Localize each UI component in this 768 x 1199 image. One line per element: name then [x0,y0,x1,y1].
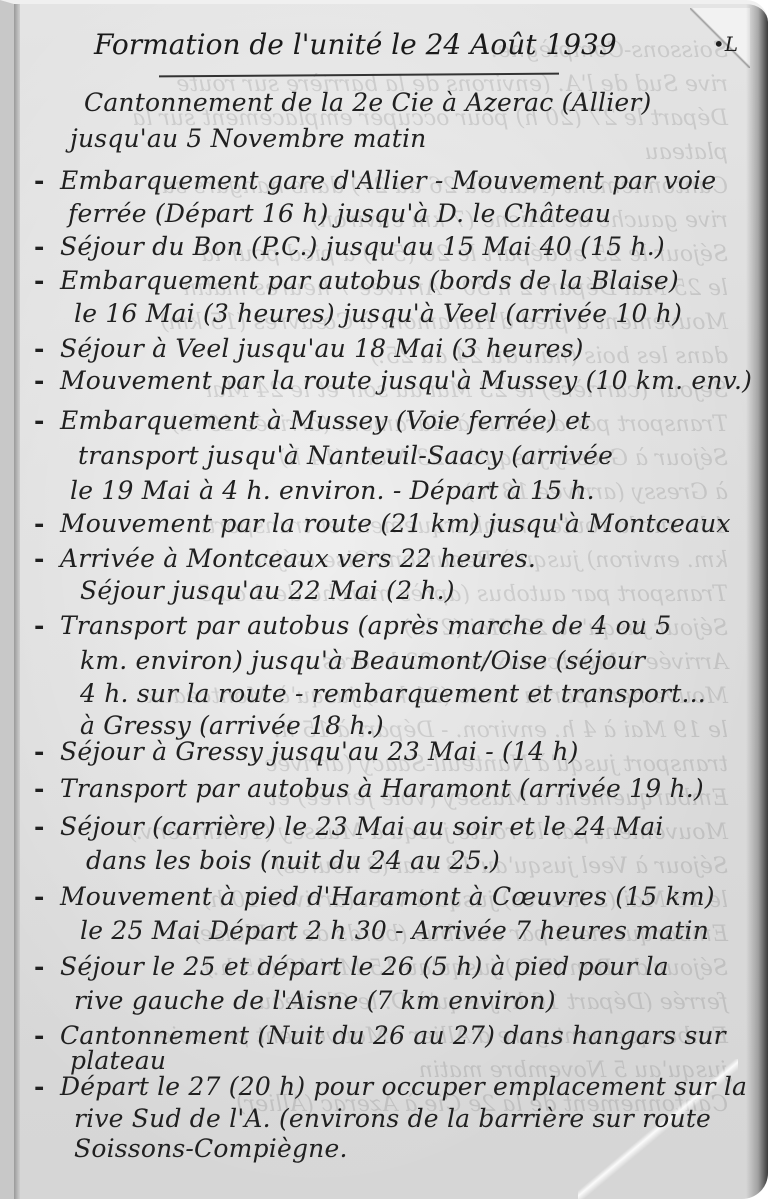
line-text: Séjour du Bon (P.C.) jusqu'au 15 Mai 40 … [60,232,665,261]
journal-line: -Embarquement par autobus (bords de la B… [34,266,679,295]
journal-line: -Transport par autobus (après marche de … [34,611,671,640]
journal-line: 4 h. sur la route - rembarquement et tra… [54,679,706,708]
journal-line: -Arrivée à Montceaux vers 22 heures. [34,544,536,573]
line-bullet: - [34,1072,60,1101]
journal-line: le 19 Mai à 4 h. environ. - Départ à 15 … [44,476,595,505]
journal-line: Soissons-Compiègne. [48,1134,348,1163]
line-text: dans les bois (nuit du 24 au 25.) [86,846,500,875]
line-text: Arrivée à Montceaux vers 22 heures. [60,544,536,573]
journal-line: dans les bois (nuit du 24 au 25.) [60,846,500,875]
notebook-page: Soissons-Compiègne. rive Sud de l'A. (en… [0,0,768,1199]
line-bullet: - [34,334,60,363]
line-text: Mouvement à pied d'Haramont à Cœuvres (1… [60,882,715,911]
line-bullet: - [34,952,60,981]
line-bullet: - [34,544,60,573]
journal-line: -Transport par autobus à Haramont (arriv… [34,774,704,803]
line-text: Mouvement par la route (21 km) jusqu'à M… [60,509,731,538]
line-text: le 16 Mai (3 heures) jusqu'à Veel (arriv… [74,299,682,328]
line-text: Embarquement par autobus (bords de la Bl… [60,266,679,295]
journal-line: -Mouvement par la route (21 km) jusqu'à … [34,509,731,538]
line-text: Transport par autobus (après marche de 4… [60,611,671,640]
line-text: Séjour jusqu'au 22 Mai (2 h.) [80,576,455,605]
line-text: Séjour à Veel jusqu'au 18 Mai (3 heures) [60,334,584,363]
line-text: le 19 Mai à 4 h. environ. - Départ à 15 … [70,476,595,505]
journal-line: rive gauche de l'Aisne (7 km environ) [48,986,556,1015]
line-text: Embarquement à Mussey (Voie ferrée) et [60,406,590,435]
journal-line: jusqu'au 5 Novembre matin [44,124,426,153]
journal-line: ferrée (Départ 16 h) jusqu'à D. le Châte… [42,199,611,228]
line-text: Séjour le 25 et départ le 26 (5 h) à pie… [60,952,669,981]
journal-line: km. environ) jusqu'à Beaumont/Oise (séjo… [54,646,645,675]
journal-line: le 25 Mai Départ 2 h 30 - Arrivée 7 heur… [54,916,709,945]
line-text: plateau [70,1046,166,1075]
line-text: Mouvement par la route jusqu'à Mussey (1… [60,366,752,395]
line-text: Embarquement gare d'Allier - Mouvement p… [60,166,716,195]
journal-line: -Séjour à Veel jusqu'au 18 Mai (3 heures… [34,334,584,363]
line-text: jusqu'au 5 Novembre matin [70,124,426,153]
journal-line: Séjour jusqu'au 22 Mai (2 h.) [54,576,455,605]
line-text: Transport par autobus à Haramont (arrivé… [60,774,704,803]
line-bullet: - [34,366,60,395]
line-bullet: - [34,266,60,295]
journal-line: -Séjour le 25 et départ le 26 (5 h) à pi… [34,952,669,981]
line-text: Séjour (carrière) le 23 Mai au soir et l… [60,812,664,841]
journal-line: plateau [44,1046,166,1075]
corner-mark: •L [713,32,738,56]
line-text: le 25 Mai Départ 2 h 30 - Arrivée 7 heur… [80,916,709,945]
line-bullet: - [34,737,60,766]
journal-line: transport jusqu'à Nanteuil-Saacy (arrivé… [52,441,613,470]
line-text: 4 h. sur la route - rembarquement et tra… [80,679,706,708]
journal-line: -Mouvement à pied d'Haramont à Cœuvres (… [34,882,715,911]
journal-line: -Embarquement à Mussey (Voie ferrée) et [34,406,590,435]
journal-line: -Séjour à Gressy jusqu'au 23 Mai - (14 h… [34,737,579,766]
line-bullet: - [34,812,60,841]
journal-line: -Embarquement gare d'Allier - Mouvement … [34,166,716,195]
journal-line: rive Sud de l'A. (environs de la barrièr… [48,1104,711,1133]
line-text: Séjour à Gressy jusqu'au 23 Mai - (14 h) [60,737,579,766]
line-bullet: - [34,509,60,538]
line-bullet: - [34,232,60,261]
line-text: ferrée (Départ 16 h) jusqu'à D. le Châte… [68,199,611,228]
line-bullet: - [34,882,60,911]
journal-line: -Mouvement par la route jusqu'à Mussey (… [34,366,752,395]
journal-line: -Départ le 27 (20 h) pour occuper emplac… [34,1072,747,1101]
line-text: transport jusqu'à Nanteuil-Saacy (arrivé… [78,441,613,470]
journal-line: le 16 Mai (3 heures) jusqu'à Veel (arriv… [48,299,682,328]
line-text: Cantonnement de la 2e Cie à Azerac (Alli… [84,88,652,117]
line-text: rive Sud de l'A. (environs de la barrièr… [74,1104,711,1133]
journal-line: Cantonnement de la 2e Cie à Azerac (Alli… [58,88,652,117]
line-bullet: - [34,774,60,803]
line-bullet: - [34,611,60,640]
journal-line: à Gressy (arrivée 18 h.) [54,711,384,740]
line-text: Départ le 27 (20 h) pour occuper emplace… [60,1072,747,1101]
line-bullet: - [34,406,60,435]
page-title: Formation de l'unité le 24 Août 1939 [94,28,617,61]
journal-line: -Séjour (carrière) le 23 Mai au soir et … [34,812,664,841]
line-text: à Gressy (arrivée 18 h.) [80,711,384,740]
journal-line: -Séjour du Bon (P.C.) jusqu'au 15 Mai 40… [34,232,665,261]
line-text: rive gauche de l'Aisne (7 km environ) [74,986,556,1015]
line-text: Soissons-Compiègne. [74,1134,348,1163]
line-text: km. environ) jusqu'à Beaumont/Oise (séjo… [80,646,645,675]
line-bullet: - [34,166,60,195]
